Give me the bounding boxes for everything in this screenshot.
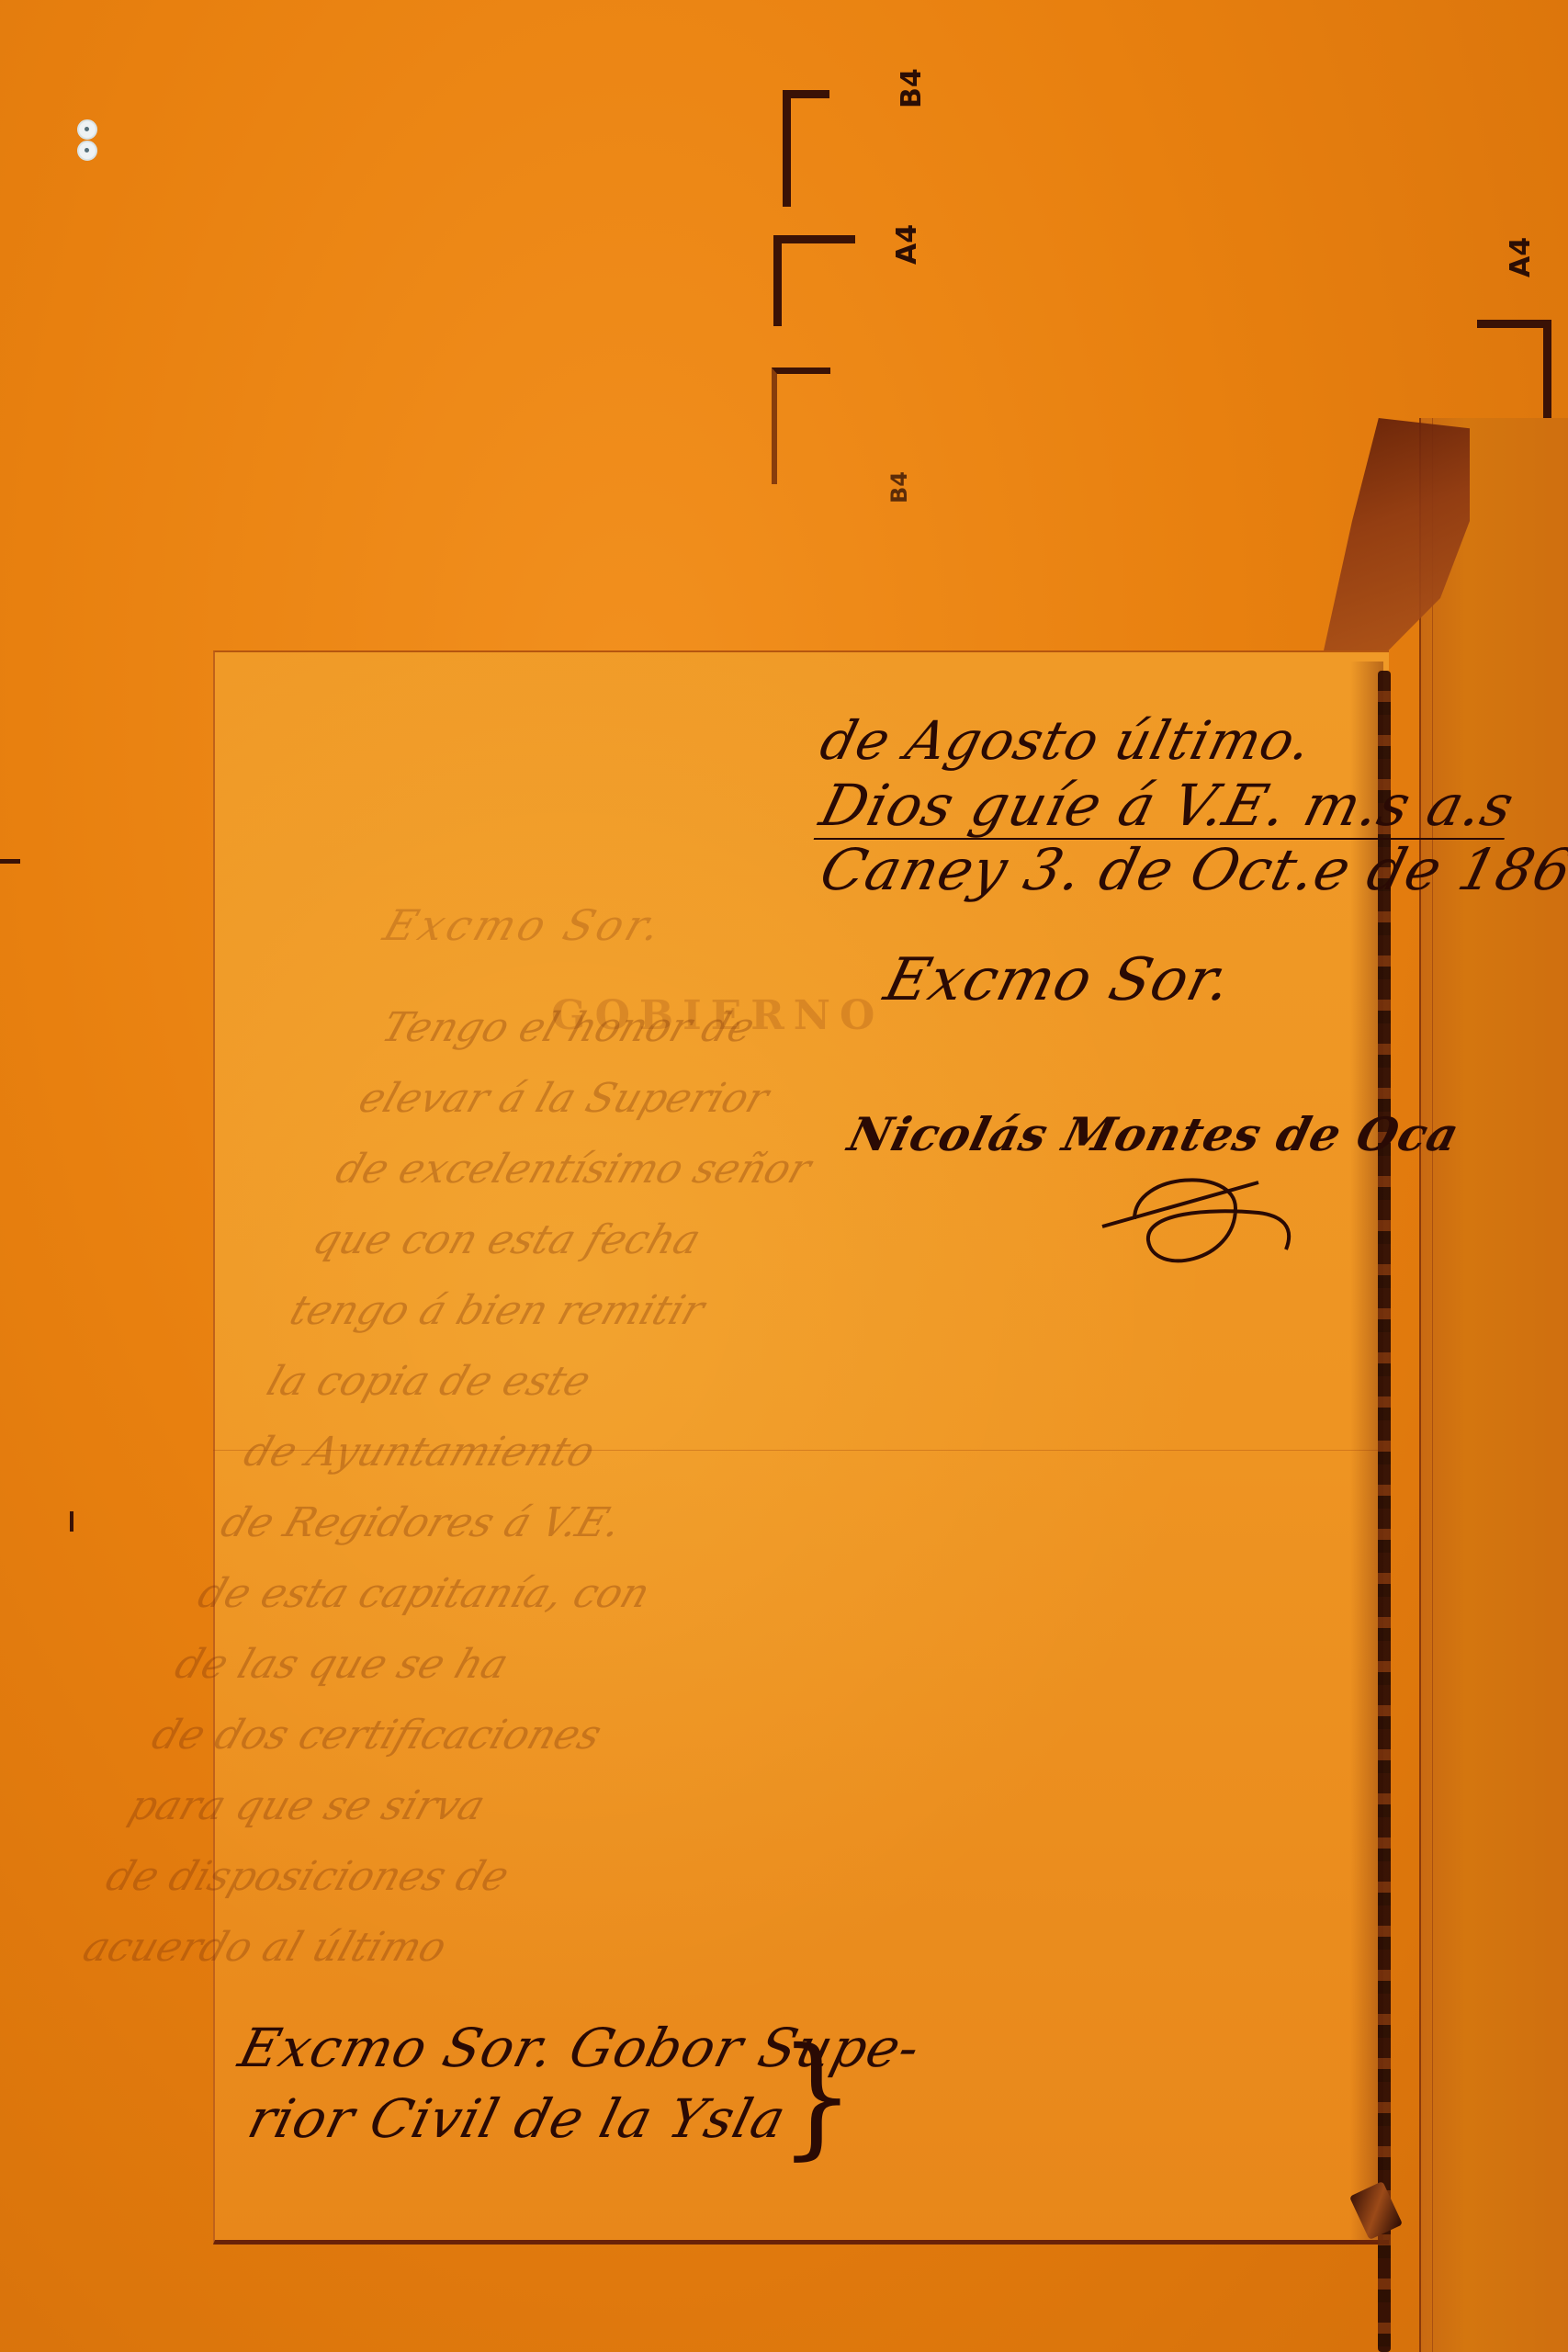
crop-mark-faint [772,367,830,484]
crop-label-b4: B4 [896,68,928,108]
edge-tick-left [0,859,20,864]
date-line: Caney 3. de Oct.e de 1868 [814,836,1568,903]
signature: Nicolás Montes de Oca [843,1107,1465,1161]
edge-tick-left-2 [70,1511,73,1532]
back-sheet [1419,418,1568,2352]
closing-line-2: Dios guíe á V.E. m.s a.s [814,772,1521,839]
salutation: Excmo Sor. [878,946,1239,1014]
crop-mark-a4-right [1477,320,1551,420]
signature-flourish-icon [1098,1162,1309,1282]
crop-mark-b4 [783,90,829,207]
crop-label-a4-right: A4 [1505,237,1537,277]
brace-icon: } [779,2018,855,2172]
bleed-through-header: Excmo Sor. [378,900,671,950]
crop-label-a4: A4 [891,224,923,265]
pushpin-icon [77,119,97,156]
closing-line-1: de Agosto último. [815,709,1319,772]
addressee-line-2: rior Civil de la Ysla [243,2087,793,2150]
binding-seam [1378,671,1391,2352]
crop-label-faint: B4 [886,471,912,503]
crop-mark-a4 [773,235,855,326]
